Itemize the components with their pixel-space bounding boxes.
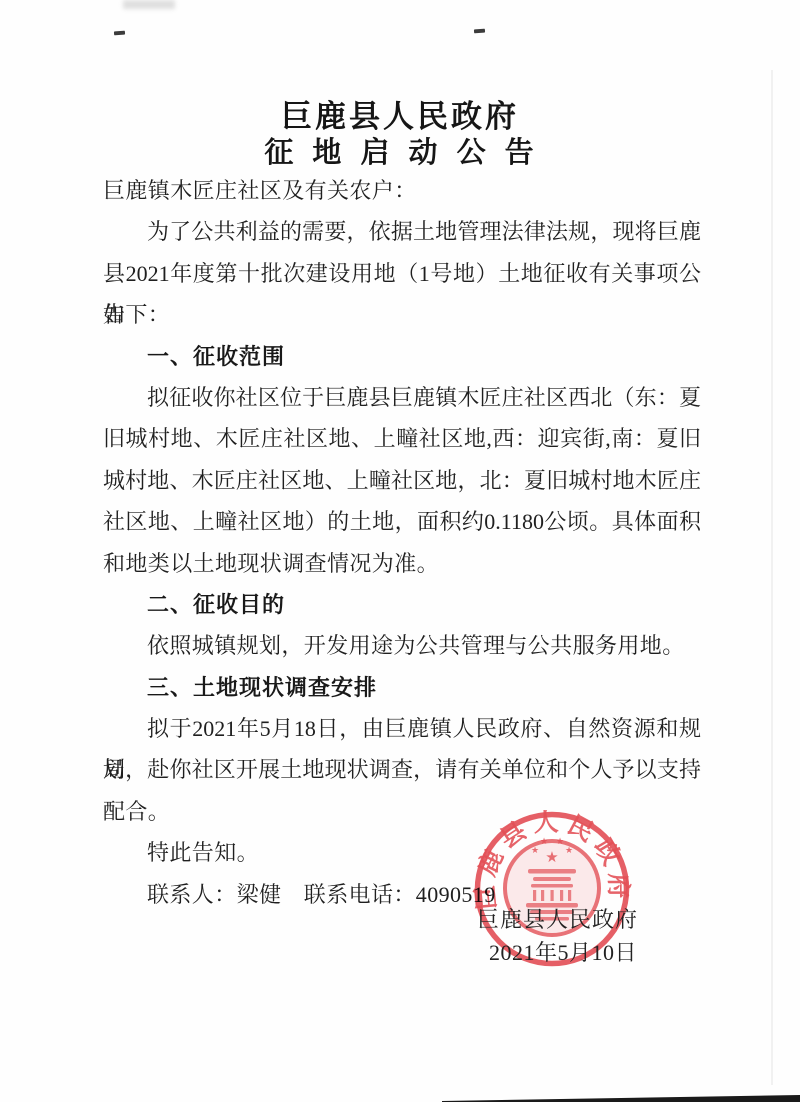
star-icon: ★ [565,846,573,856]
signature-issuer: 巨鹿县人民政府 [477,903,638,934]
document-line: 拟于2021年5月18日，由巨鹿镇人民政府、自然资源和规划 [103,708,701,749]
section-heading-3: 三、土地现状调查安排 [103,667,701,708]
scan-artifact-mark [474,29,485,34]
salutation-line: 巨鹿镇木匠庄社区及有关农户： [103,170,701,211]
document-line: 为了公共利益的需要，依据土地管理法律法规，现将巨鹿 [103,211,701,252]
scan-edge-shadow [0,1093,800,1102]
document-line: 局，赴你社区开展土地现状调查，请有关单位和个人予以支持 [103,749,701,790]
star-icon: ★ [556,837,564,847]
scan-edge-line [771,70,773,1085]
scan-artifact-smudge [123,0,175,9]
document-line: 社区地、上疃社区地）的土地，面积约0.1180公顷。具体面积 [103,501,701,542]
document-line: 县2021年度第十批次建设用地（1号地）土地征收有关事项公告 [103,253,701,294]
document-subtitle: 征 地 启 动 公 告 [0,130,800,171]
star-icon: ★ [540,837,548,847]
section-heading-1: 一、征收范围 [103,336,701,377]
star-icon: ★ [545,848,558,866]
signature-date: 2021年5月10日 [489,936,637,967]
document-line: 依照城镇规划，开发用途为公共管理与公共服务用地。 [103,625,701,666]
document-body: 巨鹿镇木匠庄社区及有关农户： 为了公共利益的需要，依据土地管理法律法规，现将巨鹿… [103,170,701,915]
section-heading-2: 二、征收目的 [103,584,701,625]
document-line: 如下： [103,294,701,335]
document-line: 拟征收你社区位于巨鹿县巨鹿镇木匠庄社区西北（东：夏 [103,377,701,418]
star-icon: ★ [531,846,539,856]
document-line: 旧城村地、木匠庄社区地、上疃社区地,西：迎宾街,南：夏旧 [103,418,701,459]
scan-artifact-mark [114,31,125,36]
document-line: 城村地、木匠庄社区地、上疃社区地，北：夏旧城村地木匠庄 [103,460,701,501]
scanned-document-page: 巨鹿县人民政府 征 地 启 动 公 告 巨鹿镇木匠庄社区及有关农户： 为了公共利… [0,0,800,1102]
document-line: 和地类以土地现状调查情况为准。 [103,543,701,584]
